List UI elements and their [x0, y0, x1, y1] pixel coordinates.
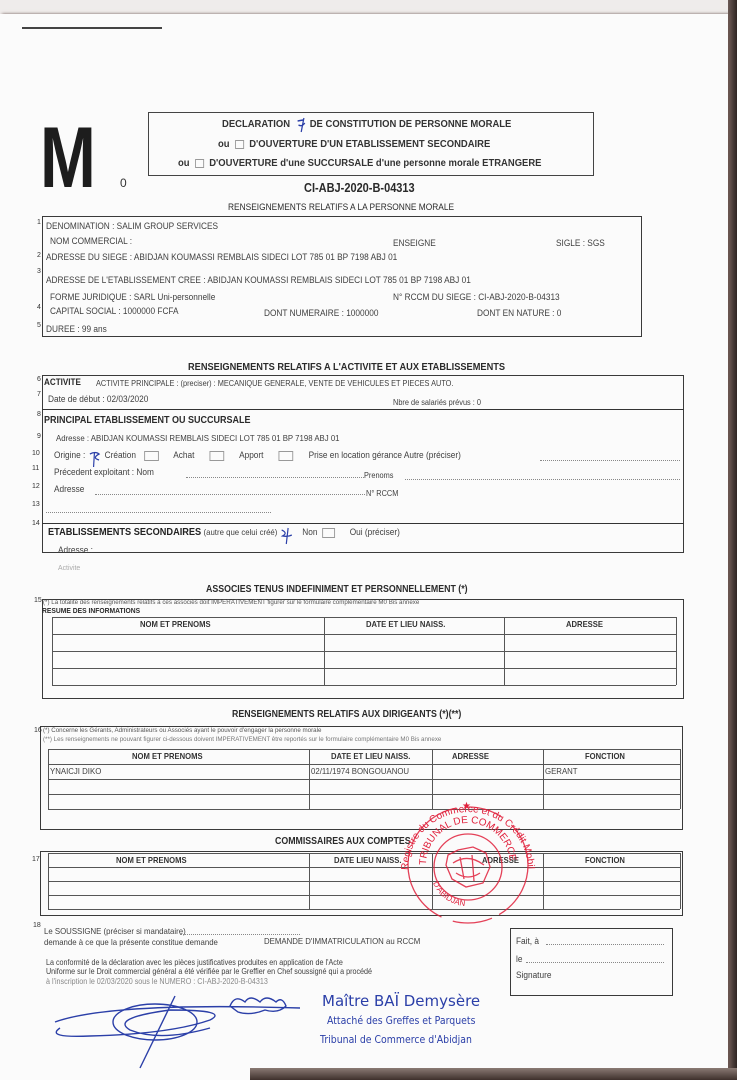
line-number: 5: [37, 322, 41, 329]
table-header: NOM ET PRENOMS: [140, 619, 211, 629]
principal-etablissement-title: PRINCIPAL ETABLISSEMENT OU SUCCURSALE: [44, 415, 251, 426]
checkbox-constitution-checked[interactable]: [295, 120, 304, 129]
soussigne-line-1: Le SOUSSIGNE (préciser si mandataire): [44, 926, 186, 936]
top-rule: [22, 27, 162, 29]
dotted-line: [95, 494, 365, 495]
declaration-line-2: ou D'OUVERTURE D'UN ETABLISSEMENT SECOND…: [218, 138, 490, 150]
dotted-line: [180, 934, 300, 935]
table-header: DATE ET LIEU NAISS.: [366, 619, 445, 629]
line-number: 10: [32, 450, 40, 457]
activite-label: ACTIVITE: [44, 377, 81, 387]
line-number: 2: [37, 252, 41, 259]
checkbox-oui[interactable]: [323, 528, 336, 538]
conformite-line-1: La conformité de la déclaration avec les…: [46, 958, 343, 967]
associes-note: (*) La totalite des renseignements relat…: [43, 599, 419, 606]
table-header: NOM ET PRENOMS: [116, 855, 187, 865]
adresse-etablissement: ADRESSE DE L'ETABLISSEMENT CREE : ABIDJA…: [46, 275, 471, 285]
section-title-activite: RENSEIGNEMENTS RELATIFS A L'ACTIVITE ET …: [188, 361, 505, 373]
table-header: ADRESSE: [566, 619, 603, 629]
table-header: NOM ET PRENOMS: [132, 751, 203, 761]
le-field[interactable]: [526, 962, 664, 963]
table-row: [52, 668, 676, 685]
line-number: 3: [37, 268, 41, 275]
origine-row: Origine : Création Achat Apport Prise en…: [54, 450, 461, 461]
table-header: DATE LIEU NAISS.: [334, 855, 401, 865]
conformite-line-2: Uniforme sur le Droit commercial général…: [46, 967, 372, 976]
demande-immatriculation: DEMANDE D'IMMATRICULATION au RCCM: [264, 936, 420, 946]
table-rule: [680, 853, 681, 909]
line-number: 12: [32, 483, 40, 490]
greffier-court: Tribunal de Commerce d'Abidjan: [320, 1033, 472, 1046]
principal-adresse: Adresse : ABIDJAN KOUMASSI REMBLAIS SIDE…: [56, 433, 340, 443]
fait-a-label: Fait, à: [516, 936, 539, 946]
dotted-line: [46, 512, 271, 513]
salaries-prevus: Nbre de salariés prévus : 0: [393, 398, 481, 407]
le-label: le: [516, 954, 522, 964]
declaration-line-3: ou D'OUVERTURE d'une SUCCURSALE d'une pe…: [178, 157, 541, 169]
line-number: 13: [32, 501, 40, 508]
table-row: [52, 651, 676, 668]
declaration-line-1: DECLARATION DE CONSTITUTION DE PERSONNE …: [222, 118, 511, 130]
table-header: FONCTION: [585, 751, 625, 761]
dirigeants-note-2: (**) Les renseignements ne pouvant figur…: [43, 736, 441, 743]
fait-a-field[interactable]: [546, 944, 664, 945]
capital-social: CAPITAL SOCIAL : 1000000 FCFA: [50, 306, 179, 316]
section-title-commissaires: COMMISSAIRES AUX COMPTES: [275, 836, 411, 847]
secondaire-adresse: Adresse :: [58, 545, 93, 555]
denomination: DENOMINATION : SALIM GROUP SERVICES: [46, 221, 218, 231]
table-rule: [52, 617, 676, 618]
table-cell[interactable]: YNAICJI DIKO: [50, 766, 101, 776]
greffier-title: Attaché des Greffes et Parquets: [327, 1014, 475, 1027]
dont-numeraire: DONT NUMERAIRE : 1000000: [264, 308, 378, 318]
table-row: [48, 895, 680, 909]
table-rule: [48, 909, 680, 910]
checkbox-succursale[interactable]: [195, 159, 204, 168]
section-title-dirigeants: RENSEIGNEMENTS RELATIFS AUX DIRIGEANTS (…: [232, 709, 461, 720]
forme-juridique: FORME JURIDIQUE : SARL Uni-personnelle: [50, 292, 215, 302]
section-title-personne-morale: RENSEIGNEMENTS RELATIFS A LA PERSONNE MO…: [228, 202, 454, 213]
duree: DUREE : 99 ans: [46, 324, 107, 334]
checkbox-apport[interactable]: [279, 451, 294, 461]
form-code-sub: 0: [120, 176, 127, 190]
rccm-precedent: N° RCCM: [366, 489, 398, 498]
greffier-name: Maître BAÏ Demysère: [322, 992, 480, 1010]
bottom-shadow: [250, 1068, 737, 1080]
line-number: 15: [34, 597, 42, 604]
signature-scribble: [50, 990, 320, 1070]
sigle: SIGLE : SGS: [556, 238, 605, 248]
tribunal-stamp: TRIBUNAL DE COMMERCE Registre du Commerc…: [398, 795, 538, 930]
table-header: DATE ET LIEU NAISS.: [331, 751, 410, 761]
checkbox-achat[interactable]: [210, 451, 225, 461]
table-rule: [48, 749, 680, 750]
checkbox-creation-box[interactable]: [144, 451, 159, 461]
rccm-siege: N° RCCM DU SIEGE : CI-ABJ-2020-B-04313: [393, 292, 560, 302]
table-rule: [680, 749, 681, 809]
divider: [42, 523, 684, 524]
table-row: [48, 794, 680, 809]
soussigne-line-2: demande à ce que la présente constitue d…: [44, 937, 218, 947]
dirigeants-note-1: (*) Concerne les Gérants, Administrateur…: [43, 727, 321, 734]
nom-commercial: NOM COMMERCIAL :: [50, 236, 132, 246]
table-header: ADRESSE: [452, 751, 489, 761]
table-row: YNAICJI DIKO02/11/1974 BONGOUANOUGERANT: [48, 764, 680, 779]
table-rule: [48, 809, 680, 810]
precedent-exploitant: Précedent exploitant : Nom: [54, 467, 154, 477]
line-number: 18: [33, 922, 41, 929]
line-number: 16: [34, 727, 42, 734]
line-number: 4: [37, 304, 41, 311]
divider: [42, 409, 684, 410]
enseigne: ENSEIGNE: [393, 238, 436, 248]
table-row: [48, 881, 680, 895]
page-edge-shadow: [728, 0, 737, 1080]
line-number: 1: [37, 219, 41, 226]
table-row: [52, 634, 676, 651]
table-rule: [676, 617, 677, 685]
adresse2: Adresse: [54, 484, 84, 494]
dotted-line: [540, 460, 680, 461]
table-rule: [48, 853, 680, 854]
dotted-line: [405, 479, 680, 480]
table-cell[interactable]: GERANT: [545, 766, 578, 776]
table-row: [48, 779, 680, 794]
line-number: 11: [32, 465, 39, 472]
table-rule: [52, 685, 676, 686]
line-number: 14: [32, 520, 40, 527]
resume-informations: RESUME DES INFORMATIONS: [42, 606, 140, 615]
line-number: 9: [37, 433, 41, 440]
prenoms: Prenoms: [364, 471, 393, 480]
section-title-associes: ASSOCIES TENUS INDEFINIMENT ET PERSONNEL…: [206, 584, 468, 595]
etablissements-secondaires-row: ETABLISSEMENTS SECONDAIRES (autre que ce…: [48, 527, 400, 538]
dotted-line: [186, 477, 364, 478]
svg-text:★: ★: [462, 801, 471, 812]
adresse-siege: ADRESSE DU SIEGE : ABIDJAN KOUMASSI REMB…: [46, 252, 397, 262]
activite-principale: ACTIVITE PRINCIPALE : (preciser) : MECAN…: [96, 379, 453, 388]
line-number: 6: [37, 376, 41, 383]
form-code-letter: M: [40, 118, 91, 198]
table-cell[interactable]: 02/11/1974 BONGOUANOU: [311, 766, 409, 776]
line-number: 8: [37, 411, 41, 418]
signature-label: Signature: [516, 970, 551, 980]
line-number: 7: [37, 391, 41, 398]
date-debut: Date de début : 02/03/2020: [48, 394, 148, 404]
rccm-number: CI-ABJ-2020-B-04313: [304, 181, 415, 195]
secondaire-activite: Activite: [58, 563, 80, 572]
line-number: 17: [32, 856, 40, 863]
dont-nature: DONT EN NATURE : 0: [477, 308, 561, 318]
table-row: [48, 867, 680, 881]
conformite-line-3: à l'inscription le 02/03/2020 sous le NU…: [46, 977, 268, 986]
checkbox-etablissement-secondaire[interactable]: [235, 140, 244, 149]
table-header: FONCTION: [585, 855, 625, 865]
